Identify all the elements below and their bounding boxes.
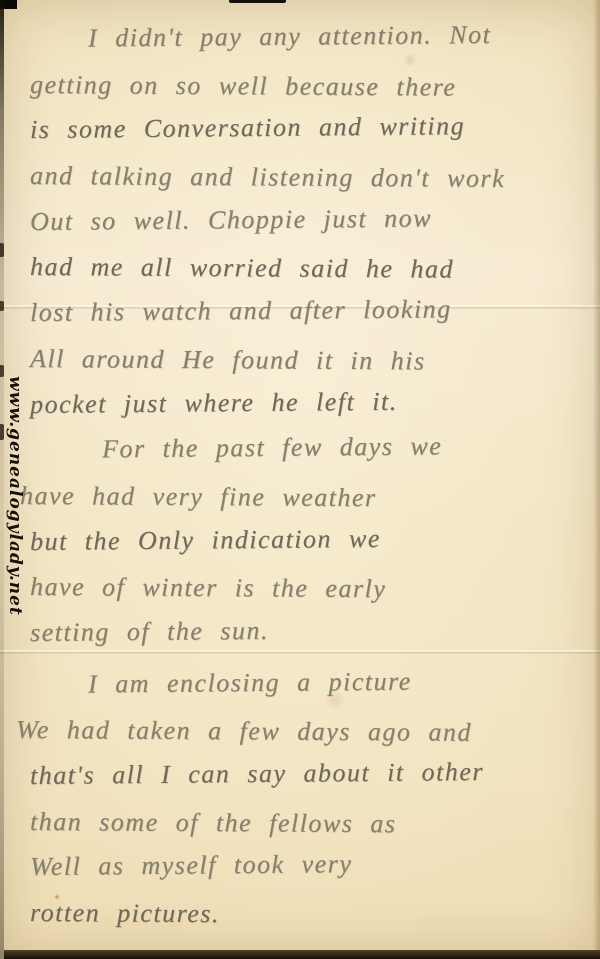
letter-line: pocket just where he left it. [30,377,590,428]
letter-body: I didn't pay any attention. Notgetting o… [0,0,600,959]
letter-line: lost his watch and after looking [30,285,590,336]
scan-edge-mark [0,365,4,377]
scan-left-edge-shadow [0,0,4,959]
letter-paragraph: I am enclosing a pictureWe had taken a f… [30,662,590,936]
letter-line: rotten pictures. [30,890,590,939]
letter-paper: I didn't pay any attention. Notgetting o… [0,0,600,959]
scan-top-edge-artifact [229,0,286,3]
letter-line: Out so well. Choppie just now [30,194,590,245]
scan-edge-mark [0,301,4,311]
scan-edge-mark [0,424,4,440]
scan-bottom-edge [4,950,600,959]
letter-paragraph: I didn't pay any attention. Notgetting o… [30,16,590,427]
letter-line: setting of the sun. [30,605,590,656]
letter-line: For the past few days we [30,422,590,473]
watermark-text: www.genealogylady.net [5,376,25,616]
letter-line: is some Conversation and writing [30,102,590,153]
scan-right-edge-shadow [593,0,600,959]
letter-line: but the Only indication we [30,514,590,565]
letter-line: that's all I can say about it other [30,748,590,799]
letter-line: Well as myself took very [30,839,590,890]
letter-line: I didn't pay any attention. Not [30,11,590,62]
scan-edge-mark [0,243,4,257]
letter-line: I am enclosing a picture [30,657,590,708]
letter-paragraph: For the past few days wehave had very fi… [30,427,590,655]
